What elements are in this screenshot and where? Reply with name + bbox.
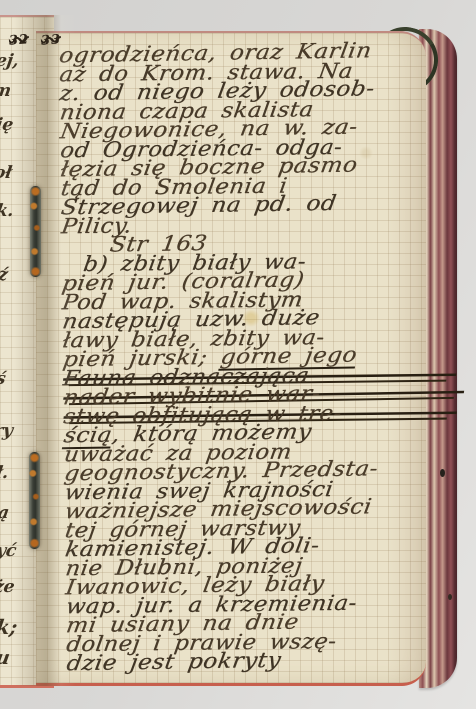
notebook-page: ogrodzieńca, oraz Karlinaż do Krom. staw… — [36, 31, 426, 686]
facing-page-ink-fragment: k; — [0, 615, 19, 639]
facing-page-ink-fragment: m — [0, 81, 13, 101]
facing-page-ink-fragment: ej, — [0, 51, 20, 71]
facing-page-ink-fragment: ry — [0, 421, 14, 441]
facing-page-ink-fragment: ź — [0, 265, 9, 285]
page-number-stamp-33: 33 — [41, 32, 62, 48]
facing-page-ink-fragment: ł. — [0, 463, 10, 483]
facing-page-ink-fragment: ś — [0, 369, 7, 389]
facing-page-ink-fragment: yć — [0, 541, 18, 561]
facing-page-ink-fragment: ą — [0, 503, 11, 523]
handwriting-text: dzie jest pokryty — [65, 648, 283, 676]
facing-page-ink-fragment: ię — [0, 115, 15, 135]
rusty-staple-bottom — [29, 452, 40, 549]
facing-page-ink-fragment: że — [0, 577, 16, 597]
facing-page-ink-fragment: u — [0, 647, 12, 669]
facing-page-ink-fragment: oł — [0, 163, 13, 183]
handwritten-line: dzie jest pokryty — [65, 648, 473, 674]
rusty-staple-top — [30, 186, 41, 277]
page-number-stamp-32: 32 — [9, 32, 30, 48]
handwriting-block: ogrodzieńca, oraz Karlinaż do Krom. staw… — [59, 42, 435, 673]
facing-page-ink-fragment: k. — [0, 201, 15, 221]
scanner-background: ej,mięołk.źśrył.ąyćżek;u ogrodzieńca, or… — [0, 0, 476, 709]
